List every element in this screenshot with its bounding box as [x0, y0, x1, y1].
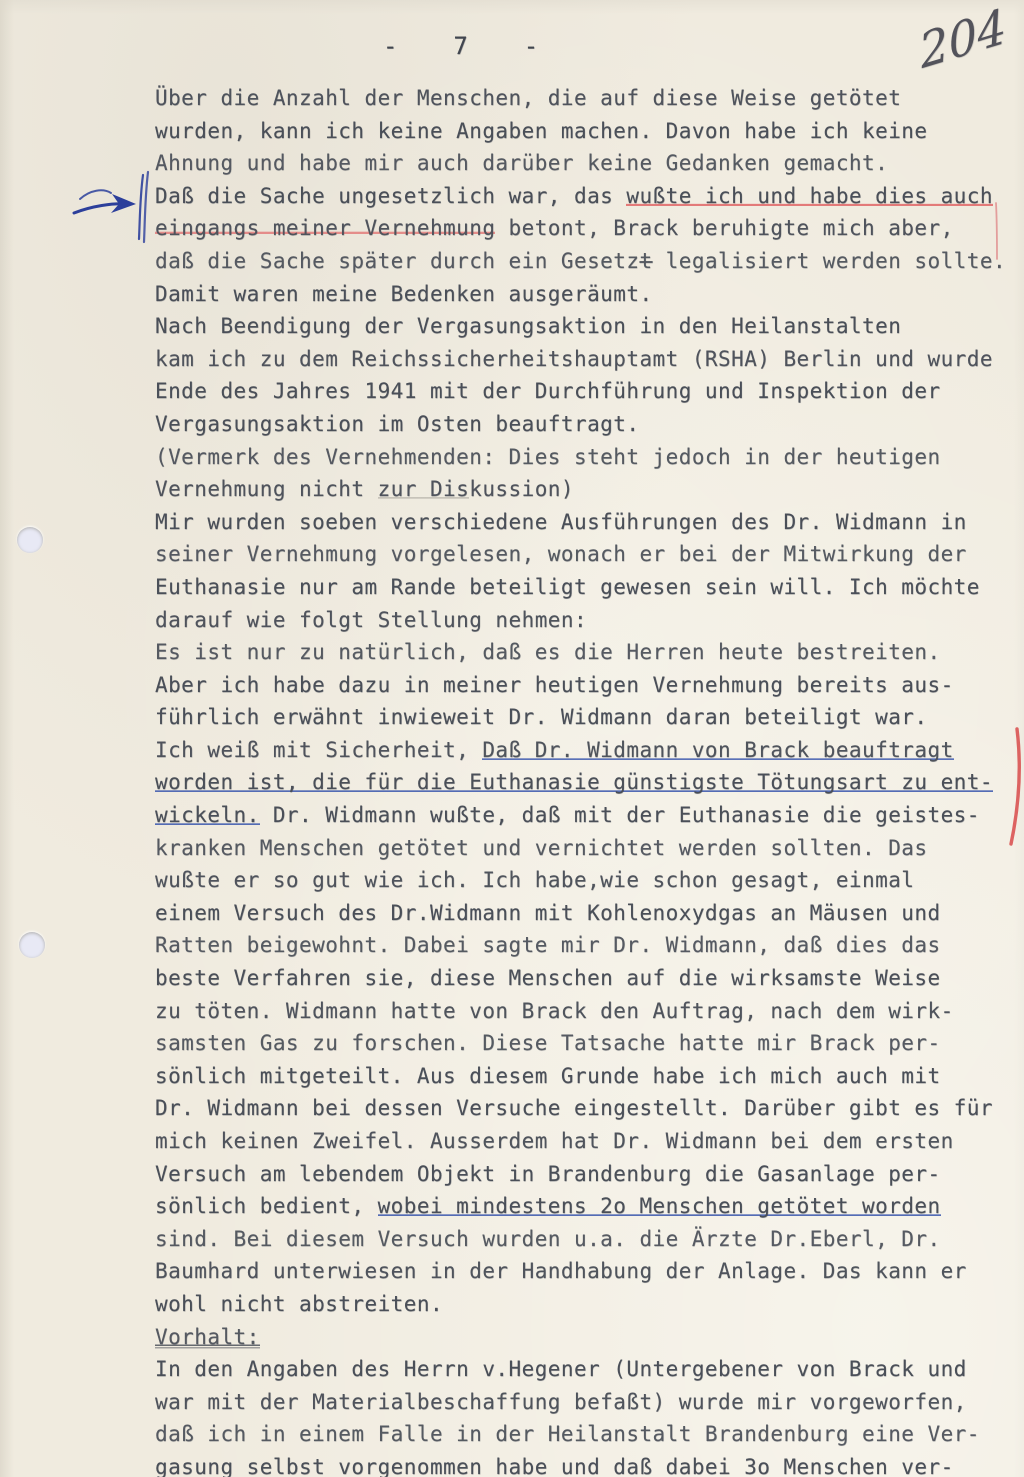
typewritten-line: Ahnung und habe mir auch darüber keine G… [155, 147, 1024, 180]
typewritten-line: Über die Anzahl der Menschen, die auf di… [155, 82, 1024, 115]
double-vertical-mark [139, 172, 148, 242]
typewritten-line: Euthanasie nur am Rande beteiligt gewese… [155, 571, 1024, 604]
arrow-right-icon [74, 190, 136, 213]
typewritten-line: samsten Gas zu forschen. Diese Tatsache … [155, 1027, 1024, 1060]
typewritten-line: worden ist, die für die Euthanasie günst… [155, 766, 1024, 799]
typewritten-line: führlich erwähnt inwieweit Dr. Widmann d… [155, 701, 1024, 734]
typewritten-line: sönlich mitgeteilt. Aus diesem Grunde ha… [155, 1060, 1024, 1093]
typewritten-line: sind. Bei diesem Versuch wurden u.a. die… [155, 1223, 1024, 1256]
hole-punch [17, 527, 43, 553]
typewritten-line: Damit waren meine Bedenken ausgeräumt. [155, 278, 1024, 311]
typewritten-line: beste Verfahren sie, diese Menschen auf … [155, 962, 1024, 995]
hole-punch [19, 932, 45, 958]
typewritten-line: In den Angaben des Herrn v.Hegener (Unte… [155, 1353, 1024, 1386]
typewritten-line: sönlich bedient, wobei mindestens 2o Men… [155, 1190, 1024, 1223]
typewritten-line: Versuch am lebendem Objekt in Brandenbur… [155, 1158, 1024, 1191]
typewritten-line: Es ist nur zu natürlich, daß es die Herr… [155, 636, 1024, 669]
typewritten-line: Aber ich habe dazu in meiner heutigen Ve… [155, 669, 1024, 702]
typewritten-line: Nach Beendigung der Vergasungsaktion in … [155, 310, 1024, 343]
typewritten-text: Über die Anzahl der Menschen, die auf di… [155, 82, 1024, 1477]
typewritten-line: kranken Menschen getötet und vernichtet … [155, 832, 1024, 865]
typewritten-line: Vergasungsaktion im Osten beauftragt. [155, 408, 1024, 441]
typewritten-line: Vernehmung nicht zur Diskussion) [155, 473, 1024, 506]
typewritten-line: daß die Sache später durch ein Gesetzt l… [155, 245, 1024, 278]
typewritten-line: Ende des Jahres 1941 mit der Durchführun… [155, 375, 1024, 408]
typewritten-line: wurden, kann ich keine Angaben machen. D… [155, 115, 1024, 148]
typewritten-line: Vorhalt: [155, 1321, 1024, 1354]
typewritten-line: wohl nicht abstreiten. [155, 1288, 1024, 1321]
typewritten-line: einem Versuch des Dr.Widmann mit Kohleno… [155, 897, 1024, 930]
typewritten-line: Ratten beigewohnt. Dabei sagte mir Dr. W… [155, 929, 1024, 962]
typewritten-line: (Vermerk des Vernehmenden: Dies steht je… [155, 441, 1024, 474]
typewritten-line: darauf wie folgt Stellung nehmen: [155, 604, 1024, 637]
typewritten-line: wickeln. Dr. Widmann wußte, daß mit der … [155, 799, 1024, 832]
document-scan-page: - 7 - 204 Über die Anzahl der Menschen, … [0, 0, 1024, 1477]
typewritten-line: kam ich zu dem Reichssicherheitshauptamt… [155, 343, 1024, 376]
typewritten-line: zu töten. Widmann hatte von Brack den Au… [155, 995, 1024, 1028]
handwritten-folio-number: 204 [917, 0, 1010, 80]
typewritten-line: Dr. Widmann bei dessen Versuche eingeste… [155, 1092, 1024, 1125]
typewritten-line: gasung selbst vorgenommen habe und daß d… [155, 1451, 1024, 1477]
typewritten-line: mich keinen Zweifel. Ausserdem hat Dr. W… [155, 1125, 1024, 1158]
typewritten-line: daß ich in einem Falle in der Heilanstal… [155, 1418, 1024, 1451]
typewritten-line: Daß die Sache ungesetzlich war, das wußt… [155, 180, 1024, 213]
page-number: - 7 - [383, 32, 547, 60]
typewritten-line: Baumhard unterwiesen in der Handhabung d… [155, 1255, 1024, 1288]
typewritten-line: Mir wurden soeben verschiedene Ausführun… [155, 506, 1024, 539]
typewritten-line: wußte er so gut wie ich. Ich habe,wie sc… [155, 864, 1024, 897]
typewritten-line: eingangs meiner Vernehmung betont, Brack… [155, 212, 1024, 245]
typewritten-line: Ich weiß mit Sicherheit, Daß Dr. Widmann… [155, 734, 1024, 767]
typewritten-line: war mit der Materialbeschaffung befaßt) … [155, 1386, 1024, 1419]
typewritten-line: seiner Vernehmung vorgelesen, wonach er … [155, 538, 1024, 571]
